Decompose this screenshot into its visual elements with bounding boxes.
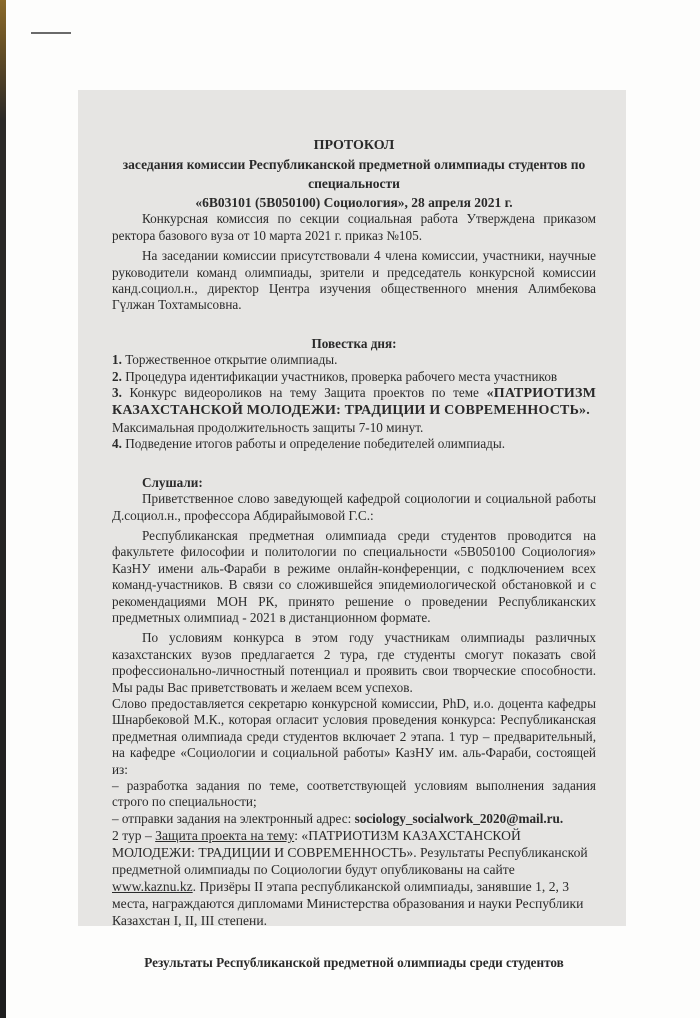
task-bullet-1: – разработка задания по теме, соответств… [112, 778, 596, 811]
heard-paragraph-4: Слово предоставляется секретарю конкурсн… [112, 696, 596, 778]
round-2-label: Защита проекта на тему [155, 828, 294, 843]
corner-mark [31, 32, 71, 34]
round-2-paragraph: 2 тур – Защита проекта на тему: «ПАТРИОТ… [112, 827, 596, 929]
document-subtitle-3: «6В03101 (5В050100) Социология», 28 апре… [112, 194, 596, 211]
document-title: ПРОТОКОЛ [112, 138, 596, 154]
heard-paragraph-2: Республиканская предметная олимпиада сре… [112, 528, 596, 626]
agenda-heading: Повестка дня: [112, 336, 596, 352]
kaznu-link[interactable]: www.kaznu.kz [112, 879, 193, 894]
printed-protocol: ПРОТОКОЛ заседания комиссии Республиканс… [78, 90, 626, 926]
agenda-item-1: 1. Торжественное открытие олимпиады. [112, 352, 596, 368]
document-subtitle-2: специальности [112, 175, 596, 192]
agenda-item-2: 2. Процедура идентификации участников, п… [112, 369, 596, 385]
heard-paragraph-3: По условиям конкурса в этом году участни… [112, 630, 596, 696]
agenda-list: 1. Торжественное открытие олимпиады. 2. … [112, 352, 596, 452]
heard-heading: Слушали: [112, 475, 596, 491]
agenda-item-4: 4. Подведение итогов работы и определени… [112, 436, 596, 452]
task-bullet-2: – отправки задания на электронный адрес:… [112, 811, 596, 827]
intro-paragraph-2: На заседании комиссии присутствовали 4 ч… [112, 248, 596, 314]
agenda-item-3: 3. Конкурс видеороликов на тему Защита п… [112, 385, 596, 436]
contact-email[interactable]: sociology_socialwork_2020@mail.ru. [355, 811, 564, 826]
document-subtitle-1: заседания комиссии Республиканской предм… [112, 156, 596, 173]
intro-paragraph-1: Конкурсная комиссия по секции социальная… [112, 211, 596, 244]
results-heading: Результаты Республиканской предметной ол… [112, 955, 596, 971]
heard-paragraph-1: Приветственное слово заведующей кафедрой… [112, 491, 596, 524]
